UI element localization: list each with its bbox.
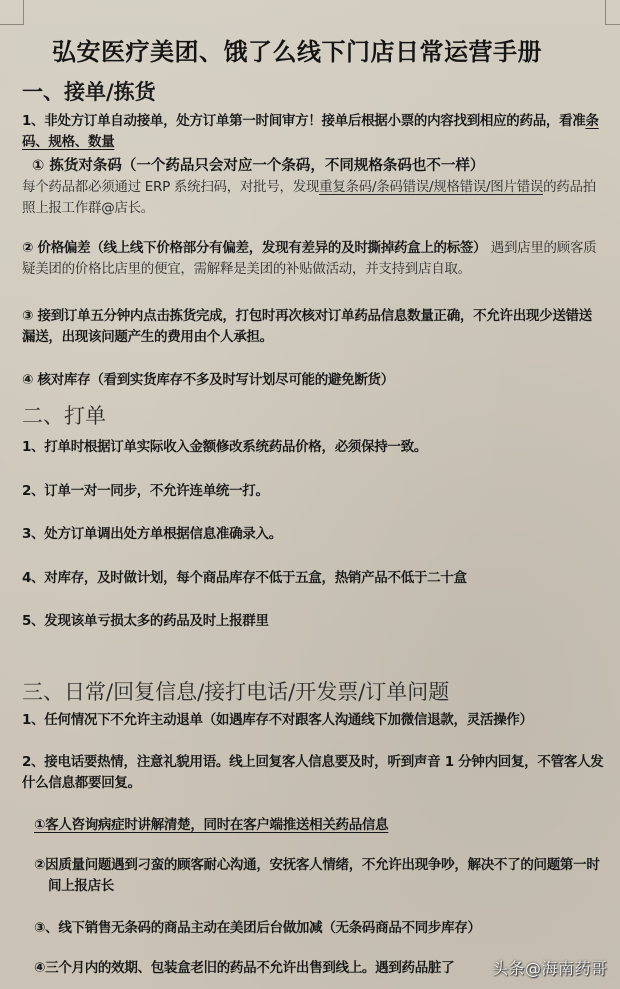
section2-item-4: 4、对库存，及时做计划，每个商品库存不低于五盒，热销产品不低于二十盒 (22, 568, 604, 589)
sub-picking-complete: ③ 接到订单五分钟内点击拣货完成，打包时再次核对订单药品信息数量正确，不允许出现… (22, 306, 604, 348)
section2-item-5: 5、发现该单亏损太多的药品及时上报群里 (22, 611, 604, 632)
document-title: 弘安医疗美团、饿了么线下门店日常运营手册 (52, 32, 542, 67)
section2-item-2: 2、订单一对一同步，不允许连单统一打。 (22, 481, 604, 502)
section-heading-1: 一、接单/拣货 (22, 76, 156, 106)
section3-item-1: 1、任何情况下不允许主动退单（如遇库存不对跟客人沟通线下加微信退款，灵活操作） (22, 710, 604, 731)
sub-check-inventory: ④ 核对库存（看到实货库存不多及时写计划尽可能的避免断货） (22, 370, 604, 391)
sub-heading: ② 价格偏差（线上线下价格部分有偏差，发现有差异的及时撕掉药盒上的标签） (22, 240, 486, 256)
section1-item-1: 1、非处方订单自动接单，处方订单第一时间审方！接单后根据小票的内容找到相应的药品… (22, 111, 604, 153)
sub-text-barcode: 每个药品都必须通过 ERP 系统扫码，对批号，发现重复条码/条码错误/规格错误/… (22, 177, 604, 219)
item-text: 1、非处方订单自动接单，处方订单第一时间审方！接单后根据小票的内容找到相应的药品… (22, 113, 586, 129)
section2-item-3: 3、处方订单调出处方单根据信息准确录入。 (22, 524, 604, 545)
underlined-text: 重复条码/条码错误/规格错误/图片错误 (319, 179, 543, 195)
section-heading-3: 三、日常/回复信息/接打电话/开发票/订单问题 (22, 676, 449, 706)
sub-heading-barcode: ① 拣货对条码（一个药品只会对应一个条码，不同规格条码也不一样） (32, 154, 484, 175)
section3-sub-2: ②因质量问题遇到刁蛮的顾客耐心沟通，安抚客人情绪，不允许出现争吵，解决不了的问题… (34, 855, 608, 897)
section2-item-1: 1、打单时根据订单实际收入金额修改系统药品价格，必须保持一致。 (22, 437, 604, 458)
section3-sub-3: ③、线下销售无条码的商品主动在美团后台做加减（无条码商品不同步库存） (34, 918, 594, 939)
sub-text: 每个药品都必须通过 ERP 系统扫码，对批号，发现 (22, 179, 319, 195)
page-corner-mark-right (605, 0, 620, 25)
sub-price-deviation: ② 价格偏差（线上线下价格部分有偏差，发现有差异的及时撕掉药盒上的标签） 遇到店… (22, 238, 604, 280)
underlined-text: ①客人咨询病症时讲解清楚，同时在客户端推送相关药品信息 (34, 817, 388, 833)
section3-sub-1: ①客人咨询病症时讲解清楚，同时在客户端推送相关药品信息 (34, 815, 594, 836)
section-heading-2: 二、打单 (22, 400, 106, 430)
watermark: 头条@海南药哥 (492, 956, 608, 979)
page-corner-mark-left (0, 0, 24, 25)
section3-item-2: 2、接电话要热情，注意礼貌用语。线上回复客人信息要及时，听到声音 1 分钟内回复… (22, 752, 604, 794)
